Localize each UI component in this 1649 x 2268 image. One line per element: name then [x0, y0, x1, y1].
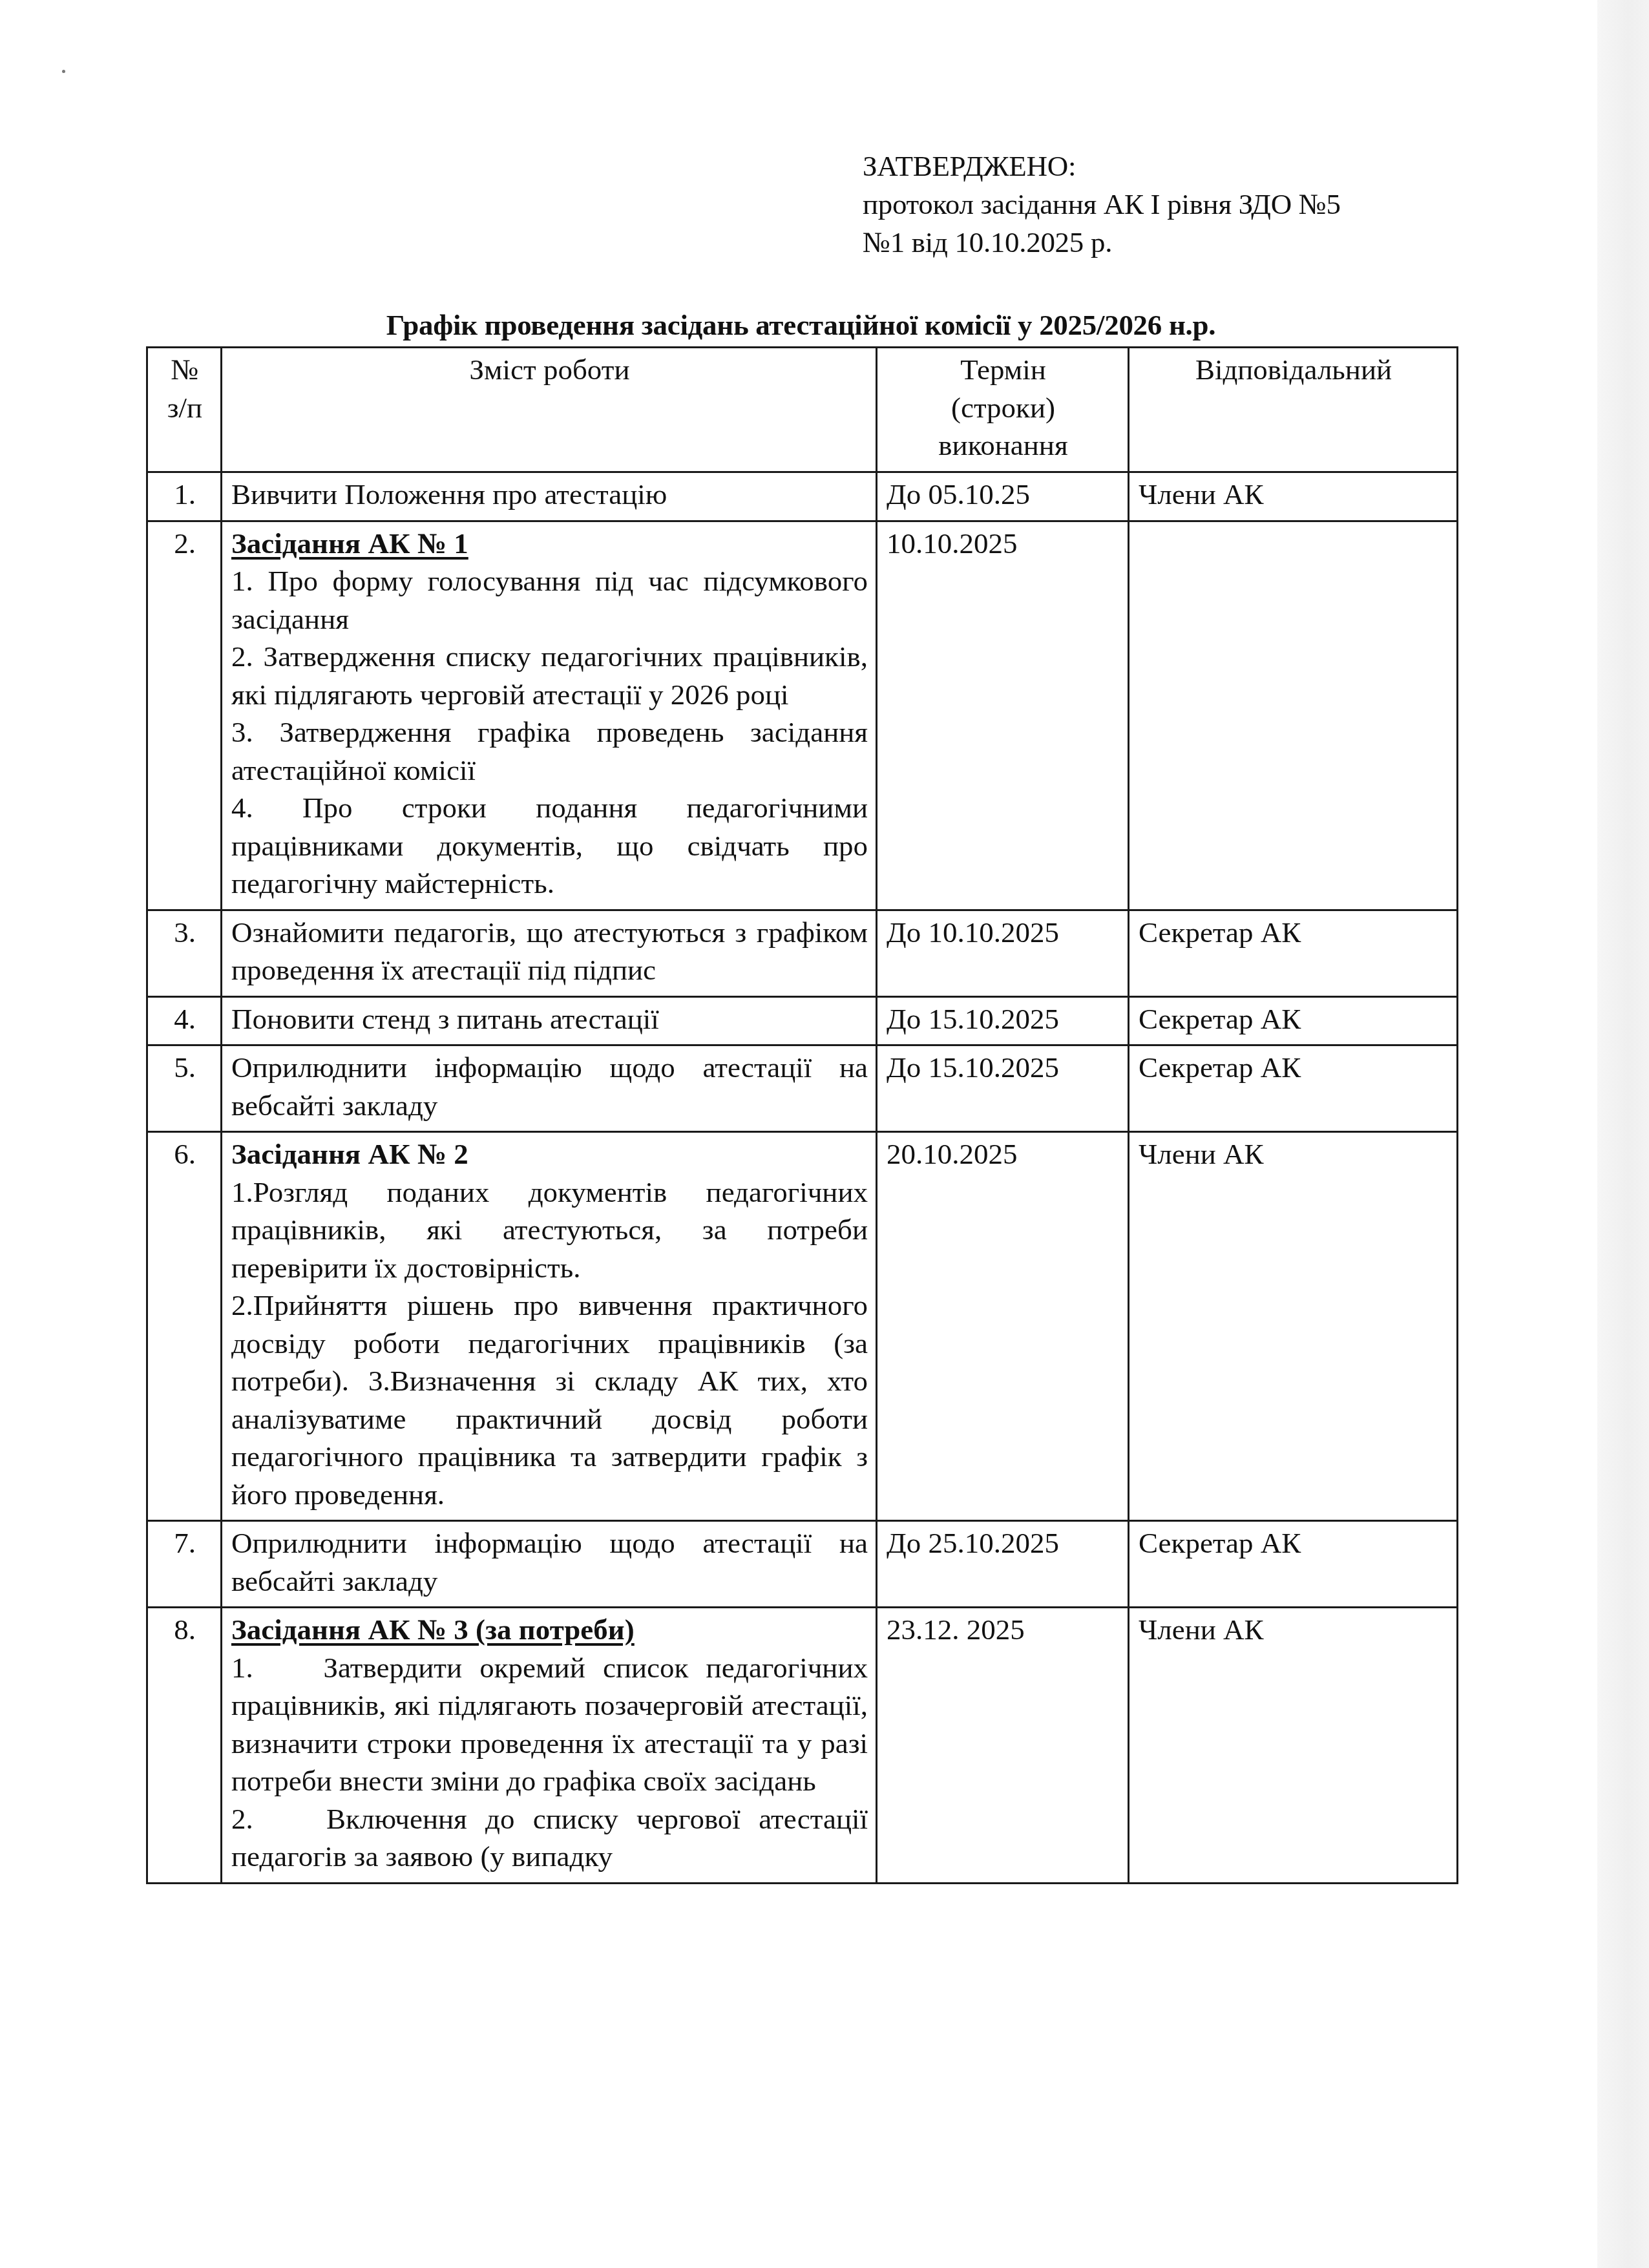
agenda-item: 3. Затвердження графіка проведень засіда…: [231, 713, 868, 789]
row-responsible: Члени АК: [1129, 1132, 1458, 1521]
row-content: Оприлюднити інформацію щодо атестації на…: [222, 1045, 877, 1132]
row-term: 20.10.2025: [877, 1132, 1129, 1521]
row-term: До 25.10.2025: [877, 1521, 1129, 1608]
agenda-item: 1. Про форму голосування під час підсумк…: [231, 562, 868, 638]
document-title: Графік проведення засідань атестаційної …: [146, 307, 1456, 343]
agenda-item: 2.Прийняття рішень про вивчення практичн…: [231, 1286, 868, 1513]
row-term: 23.12. 2025: [877, 1608, 1129, 1884]
meeting-heading: Засідання АК № 1: [231, 525, 868, 563]
row-responsible: Секретар АК: [1129, 1521, 1458, 1608]
table-header-row: № з/п Зміст роботи Термін (строки) викон…: [147, 348, 1458, 472]
row-term: До 15.10.2025: [877, 996, 1129, 1045]
approval-protocol: протокол засідання АК І рівня ЗДО №5: [863, 185, 1483, 224]
row-number: 4.: [147, 996, 222, 1045]
row-content: Оприлюднити інформацію щодо атестації на…: [222, 1521, 877, 1608]
scan-speck: [62, 70, 65, 73]
row-term: До 15.10.2025: [877, 1045, 1129, 1132]
meeting-heading: Засідання АК № 3 (за потреби): [231, 1611, 868, 1649]
row-content: Вивчити Положення про атестацію: [222, 472, 877, 521]
approval-label: ЗАТВЕРДЖЕНО:: [863, 147, 1483, 185]
header-number: № з/п: [147, 348, 222, 472]
row-number: 1.: [147, 472, 222, 521]
table-row: 4. Поновити стенд з питань атестації До …: [147, 996, 1458, 1045]
row-responsible: Члени АК: [1129, 472, 1458, 521]
row-term: До 10.10.2025: [877, 910, 1129, 996]
meeting-heading: Засідання АК № 2: [231, 1135, 868, 1173]
row-responsible: [1129, 521, 1458, 910]
row-content: Засідання АК № 1 1. Про форму голосуванн…: [222, 521, 877, 910]
row-number: 7.: [147, 1521, 222, 1608]
row-responsible: Члени АК: [1129, 1608, 1458, 1884]
row-responsible: Секретар АК: [1129, 996, 1458, 1045]
row-content: Засідання АК № 2 1.Розгляд поданих докум…: [222, 1132, 877, 1521]
row-number: 6.: [147, 1132, 222, 1521]
row-number: 8.: [147, 1608, 222, 1884]
approval-stamp: ЗАТВЕРДЖЕНО: протокол засідання АК І рів…: [863, 147, 1483, 262]
table-row: 1. Вивчити Положення про атестацію До 05…: [147, 472, 1458, 521]
table-row: 3. Ознайомити педагогів, що атестуються …: [147, 910, 1458, 996]
table-row: 7. Оприлюднити інформацію щодо атестації…: [147, 1521, 1458, 1608]
row-content: Засідання АК № 3 (за потреби) 1. Затверд…: [222, 1608, 877, 1884]
agenda-item: 1.Розгляд поданих документів педагогічни…: [231, 1173, 868, 1287]
row-responsible: Секретар АК: [1129, 910, 1458, 996]
header-content: Зміст роботи: [222, 348, 877, 472]
row-number: 3.: [147, 910, 222, 996]
schedule-table: № з/п Зміст роботи Термін (строки) викон…: [146, 346, 1458, 1884]
row-responsible: Секретар АК: [1129, 1045, 1458, 1132]
scan-edge-shadow: [1597, 0, 1649, 2268]
table-row: 5. Оприлюднити інформацію щодо атестації…: [147, 1045, 1458, 1132]
row-term: 10.10.2025: [877, 521, 1129, 910]
agenda-item: 4. Про строки подання педагогічними прац…: [231, 789, 868, 903]
header-term: Термін (строки) виконання: [877, 348, 1129, 472]
row-number: 5.: [147, 1045, 222, 1132]
agenda-item: 1. Затвердити окремий список педагогічни…: [231, 1649, 868, 1800]
agenda-item: 2. Включення до списку чергової атестаці…: [231, 1800, 868, 1876]
row-content: Ознайомити педагогів, що атестуються з г…: [222, 910, 877, 996]
row-content: Поновити стенд з питань атестації: [222, 996, 877, 1045]
header-responsible: Відповідальний: [1129, 348, 1458, 472]
approval-protocol-number: №1 від 10.10.2025 р.: [863, 224, 1483, 262]
table-row: 6. Засідання АК № 2 1.Розгляд поданих до…: [147, 1132, 1458, 1521]
agenda-item: 2. Затвердження списку педагогічних прац…: [231, 638, 868, 713]
table-row: 8. Засідання АК № 3 (за потреби) 1. Затв…: [147, 1608, 1458, 1884]
row-number: 2.: [147, 521, 222, 910]
row-term: До 05.10.25: [877, 472, 1129, 521]
table-row: 2. Засідання АК № 1 1. Про форму голосув…: [147, 521, 1458, 910]
